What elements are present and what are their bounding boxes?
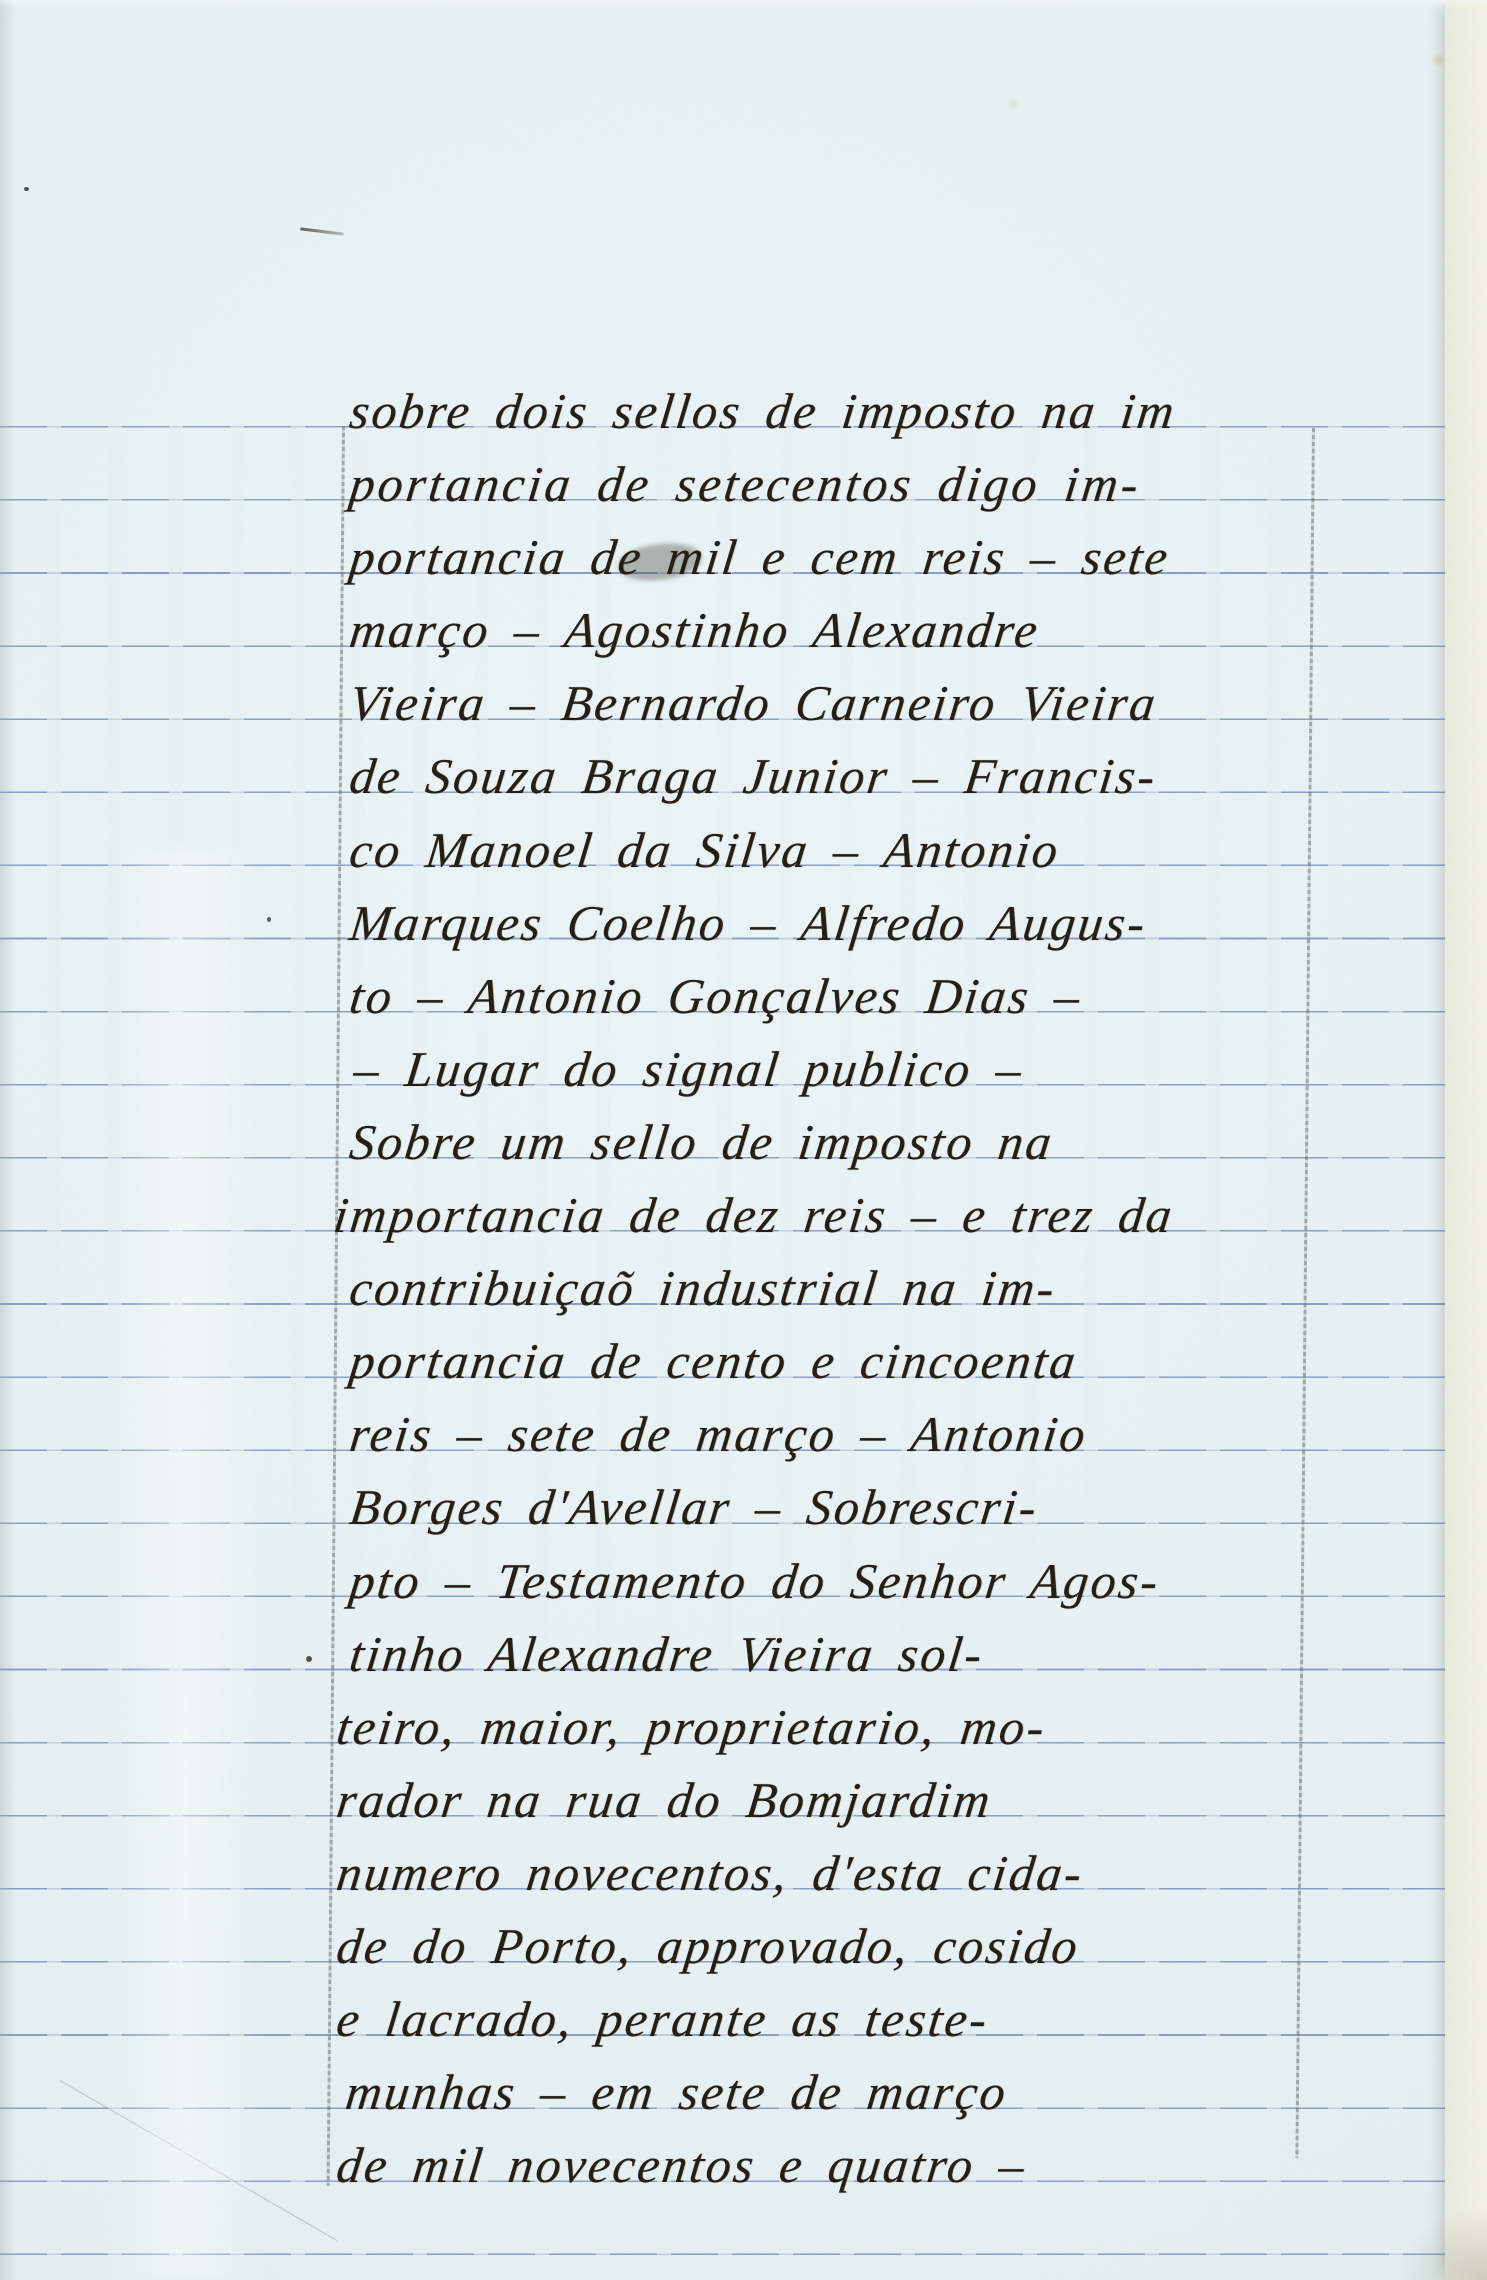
page-edge-left [0, 0, 16, 2280]
manuscript-line-text: de do Porto, approvado, cosido [333, 1910, 1084, 1983]
manuscript-line-text: importancia de dez reis – e trez da [330, 1179, 1179, 1252]
manuscript-line-text: pto – Testamento do Senhor Agos- [346, 1545, 1165, 1618]
manuscript-line: Sobre um sello de imposto na [350, 1106, 1340, 1179]
notebook-page: sobre dois sellos de imposto na importan… [0, 0, 1487, 2280]
page-corner-shadow [1327, 2150, 1487, 2280]
manuscript-line: rador na rua do Bomjardim [337, 1764, 1340, 1837]
manuscript-line: de Souza Braga Junior – Francis- [350, 740, 1340, 813]
manuscript-line: teiro, maior, proprietario, mo- [337, 1691, 1340, 1764]
manuscript-line-text: Vieira – Bernardo Carneiro Vieira [346, 667, 1162, 740]
manuscript-line: e lacrado, perante as teste- [337, 1983, 1340, 2056]
manuscript-line: co Manoel da Silva – Antonio [350, 814, 1340, 887]
manuscript-line-text: março – Agostinho Alexandre [346, 594, 1044, 667]
manuscript-line-text: sobre dois sellos de imposto na im [346, 375, 1181, 448]
manuscript-line-text: Marques Coelho – Alfredo Augus- [346, 887, 1152, 960]
manuscript-line-text: numero novecentos, d'esta cida- [333, 1837, 1088, 1910]
manuscript-line-text: contribuiçaõ industrial na im- [346, 1252, 1061, 1325]
manuscript-line-text: co Manoel da Silva – Antonio [346, 814, 1065, 887]
manuscript-line-text: reis – sete de março – Antonio [346, 1398, 1092, 1471]
paper-stain [1434, 54, 1444, 66]
manuscript-line-text: – Lugar do signal publico – [350, 1033, 1028, 1106]
manuscript-line-text: de Souza Braga Junior – Francis- [346, 740, 1162, 813]
manuscript-line-text: portancia de setecentos digo im- [346, 448, 1146, 521]
ink-streak [300, 227, 344, 235]
paper-crease [105, 850, 265, 2280]
manuscript-line-text: to – Antonio Gonçalves Dias – [346, 960, 1087, 1033]
manuscript-line: importancia de dez reis – e trez da [334, 1179, 1340, 1252]
manuscript-line-text: Borges d'Avellar – Sobrescri- [346, 1471, 1043, 1544]
page-edge-top [0, 0, 1487, 8]
manuscript-line-text: portancia de mil e cem reis – sete [346, 521, 1175, 594]
manuscript-line-text: munhas – em sete de março [342, 2056, 1013, 2129]
manuscript-line-text: portancia de cento e cincoenta [346, 1325, 1082, 1398]
ink-speck [267, 917, 271, 922]
manuscript-line: pto – Testamento do Senhor Agos- [350, 1545, 1340, 1618]
manuscript-line-text: de mil novecentos e quatro – [333, 2129, 1031, 2202]
manuscript-line: reis – sete de março – Antonio [350, 1398, 1340, 1471]
manuscript-line-text: e lacrado, perante as teste- [333, 1983, 994, 2056]
manuscript-line: numero novecentos, d'esta cida- [337, 1837, 1340, 1910]
manuscript-line-text: rador na rua do Bomjardim [333, 1764, 997, 1837]
manuscript-line-text: tinho Alexandre Vieira sol- [346, 1618, 989, 1691]
manuscript-line: março – Agostinho Alexandre [350, 594, 1340, 667]
manuscript-line: munhas – em sete de março [346, 2056, 1340, 2129]
manuscript-line: tinho Alexandre Vieira sol- [350, 1618, 1340, 1691]
manuscript-line: Vieira – Bernardo Carneiro Vieira [350, 667, 1340, 740]
manuscript-line-text: teiro, maior, proprietario, mo- [333, 1691, 1051, 1764]
manuscript-line: Borges d'Avellar – Sobrescri- [350, 1471, 1340, 1544]
manuscript-line: portancia de mil e cem reis – sete [350, 521, 1340, 594]
manuscript-line: sobre dois sellos de imposto na im [350, 375, 1340, 448]
ink-speck [24, 187, 29, 191]
manuscript-line: to – Antonio Gonçalves Dias – [350, 960, 1340, 1033]
manuscript-line-text: Sobre um sello de imposto na [346, 1106, 1058, 1179]
manuscript-line: – Lugar do signal publico – [350, 1033, 1340, 1106]
manuscript-line: de do Porto, approvado, cosido [337, 1910, 1340, 1983]
manuscript-text-block: sobre dois sellos de imposto na importan… [350, 375, 1340, 2202]
page-edge-right [1445, 0, 1487, 2280]
paper-stain [1010, 100, 1018, 108]
ink-speck [306, 1656, 312, 1662]
manuscript-line: portancia de cento e cincoenta [350, 1325, 1340, 1398]
manuscript-line: Marques Coelho – Alfredo Augus- [350, 887, 1340, 960]
manuscript-line: contribuiçaõ industrial na im- [350, 1252, 1340, 1325]
manuscript-line: portancia de setecentos digo im- [350, 448, 1340, 521]
manuscript-line: de mil novecentos e quatro – [337, 2129, 1340, 2202]
